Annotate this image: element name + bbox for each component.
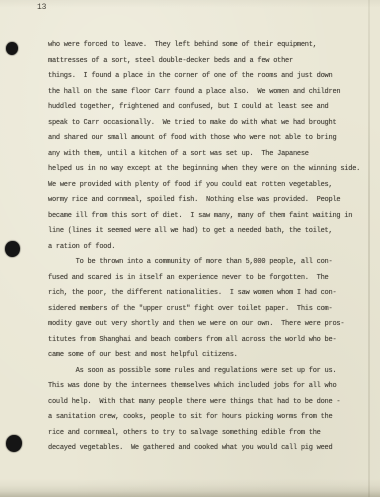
- document-text: who were forced to leave. They left behi…: [48, 38, 372, 457]
- page-number: 13: [37, 3, 46, 12]
- typewritten-line: a ration of food.: [48, 240, 372, 256]
- typewritten-line: line (lines it seemed were all we had) t…: [48, 224, 372, 240]
- typewritten-line: things. I found a place in the corner of…: [48, 69, 372, 85]
- document-page: 13 who were forced to leave. They left b…: [0, 0, 380, 497]
- typewritten-line: speak to Carr occasionally. We tried to …: [48, 116, 372, 132]
- typewritten-line: who were forced to leave. They left behi…: [48, 38, 372, 54]
- hole-punch-dot: [5, 241, 20, 257]
- typewritten-line: could help. With that many people there …: [48, 395, 372, 411]
- typewritten-line: sidered members of the "upper crust" fig…: [48, 302, 372, 318]
- typewritten-line: wormy rice and cornmeal, spoiled fish. N…: [48, 193, 372, 209]
- typewritten-line: To be thrown into a community of more th…: [48, 255, 372, 271]
- typewritten-line: As soon as possible some rules and regul…: [48, 364, 372, 380]
- typewritten-line: huddled together, frightened and confuse…: [48, 100, 372, 116]
- typewritten-line: fused and scared is in itself an experie…: [48, 271, 372, 287]
- typewritten-line: and shared our small amount of food with…: [48, 131, 372, 147]
- typewritten-line: This was done by the internees themselve…: [48, 379, 372, 395]
- paragraph: As soon as possible some rules and regul…: [48, 364, 372, 457]
- typewritten-line: decayed vegetables. We gathered and cook…: [48, 441, 372, 457]
- typewritten-line: any with them, until a kitchen of a sort…: [48, 147, 372, 163]
- hole-punch-dot: [6, 42, 18, 55]
- typewritten-line: came some of our best and most helpful c…: [48, 348, 372, 364]
- typewritten-line: became ill from this sort of diet. I saw…: [48, 209, 372, 225]
- hole-punch-dot: [6, 435, 22, 452]
- typewritten-line: a sanitation crew, cooks, people to sit …: [48, 410, 372, 426]
- typewritten-line: titutes from Shanghai and beach combers …: [48, 333, 372, 349]
- typewritten-line: We were provided with plenty of food if …: [48, 178, 372, 194]
- typewritten-line: modity gave out very shortly and then we…: [48, 317, 372, 333]
- typewritten-line: rice and cornmeal, others to try to salv…: [48, 426, 372, 442]
- typewritten-line: helped us in no way except at the beginn…: [48, 162, 372, 178]
- typewritten-line: the hall on the same floor Carr found a …: [48, 85, 372, 101]
- page-edge-line: [368, 0, 370, 497]
- typewritten-line: mattresses of a sort, steel double-decke…: [48, 54, 372, 70]
- paragraph: who were forced to leave. They left behi…: [48, 38, 372, 255]
- paragraph: To be thrown into a community of more th…: [48, 255, 372, 364]
- typewritten-line: rich, the poor, the different nationalit…: [48, 286, 372, 302]
